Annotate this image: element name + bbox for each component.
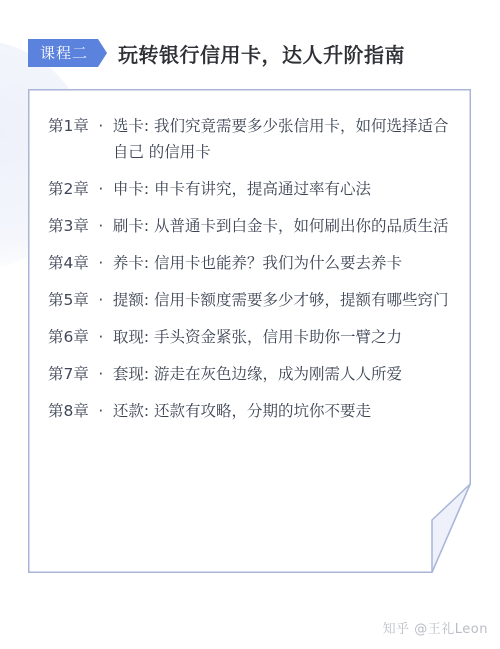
chapter-number: 第4章 [48,250,89,276]
chapter-description: 还款: 还款有攻略，分期的坑你不要走 [113,398,463,424]
page-header: 课程二 玩转银行信用卡，达人升阶指南 [28,38,405,68]
chapter-card: 第1章 · 选卡: 我们究竟需要多少张信用卡，如何选择适合自己 的信用卡 第2章… [28,89,471,573]
chapter-description: 申卡: 申卡有讲究，提高通过率有心法 [113,176,463,202]
chapter-description: 养卡: 信用卡也能养？我们为什么要去养卡 [113,250,463,276]
chapter-description: 提额: 信用卡额度需要多少才够，提额有哪些窍门 [113,287,463,313]
chapter-number: 第5章 [48,287,89,313]
bullet-separator: · [89,113,113,165]
chapter-number: 第3章 [48,213,89,239]
bullet-separator: · [89,324,113,350]
chapter-number: 第8章 [48,398,89,424]
chapter-item: 第2章 · 申卡: 申卡有讲究，提高通过率有心法 [48,176,463,202]
bullet-separator: · [89,287,113,313]
bullet-separator: · [89,398,113,424]
chapter-number: 第1章 [48,113,89,165]
chapter-number: 第7章 [48,361,89,387]
chapter-item: 第4章 · 养卡: 信用卡也能养？我们为什么要去养卡 [48,250,463,276]
course-tag: 课程二 [28,39,98,67]
bullet-separator: · [89,361,113,387]
chapter-item: 第7章 · 套现: 游走在灰色边缘，成为刚需人人所爱 [48,361,463,387]
chapter-item: 第1章 · 选卡: 我们究竟需要多少张信用卡，如何选择适合自己 的信用卡 [48,113,463,165]
chapter-number: 第2章 [48,176,89,202]
chapter-item: 第6章 · 取现: 手头资金紧张，信用卡助你一臂之力 [48,324,463,350]
chapter-item: 第8章 · 还款: 还款有攻略，分期的坑你不要走 [48,398,463,424]
chapter-description: 选卡: 我们究竟需要多少张信用卡，如何选择适合自己 的信用卡 [113,113,463,165]
bullet-separator: · [89,213,113,239]
chapter-description: 套现: 游走在灰色边缘，成为刚需人人所爱 [113,361,463,387]
chapter-item: 第3章 · 刷卡: 从普通卡到白金卡，如何刷出你的品质生活 [48,213,463,239]
chapter-description: 刷卡: 从普通卡到白金卡，如何刷出你的品质生活 [113,213,463,239]
chapter-number: 第6章 [48,324,89,350]
watermark: 知乎 @王礼Leon [383,618,488,637]
chapter-description: 取现: 手头资金紧张，信用卡助你一臂之力 [113,324,463,350]
chapter-list: 第1章 · 选卡: 我们究竟需要多少张信用卡，如何选择适合自己 的信用卡 第2章… [48,113,463,435]
bullet-separator: · [89,250,113,276]
page-title: 玩转银行信用卡，达人升阶指南 [118,39,405,68]
bullet-separator: · [89,176,113,202]
chapter-item: 第5章 · 提额: 信用卡额度需要多少才够，提额有哪些窍门 [48,287,463,313]
